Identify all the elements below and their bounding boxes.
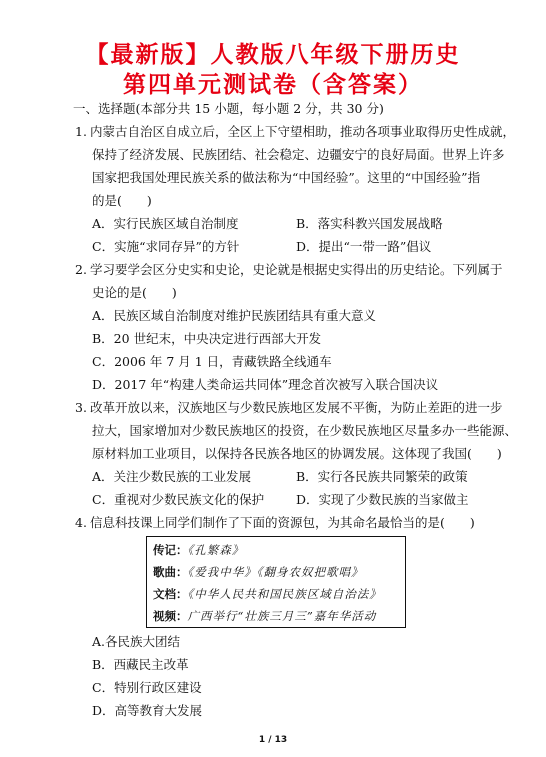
question-number: 3. [75, 400, 87, 416]
resource-label: 文档： [153, 587, 188, 601]
resource-label: 传记： [153, 543, 188, 557]
question-text: 国家把我国处理民族关系的做法称为“中国经验”。这里的“中国经验”指 [92, 170, 480, 186]
option-b: B．20 世纪末，中央决定进行西部大开发 [92, 331, 321, 347]
option-a: A．实行民族区域自治制度 [92, 216, 239, 232]
question-text: 改革开放以来，汉族地区与少数民族地区发展不平衡，为防止差距的进一步 [90, 400, 503, 416]
question-text: 保持了经济发展、民族团结、社会稳定、边疆安宁的良好局面。世界上许多 [92, 147, 505, 163]
question-number: 4. [75, 515, 87, 531]
document-title-line1: 【最新版】人教版八年级下册历史 [0, 36, 546, 69]
question-number: 1. [75, 124, 87, 140]
resource-row: 视频：广西举行“壮族三月三”嘉年华活动 [153, 608, 376, 624]
option-c: C．2006 年 7 月 1 日，青藏铁路全线通车 [92, 354, 332, 370]
resource-row: 歌曲：《爱我中华》《翻身农奴把歌唱》 [153, 564, 364, 580]
resource-value: 广西举行“壮族三月三”嘉年华活动 [188, 609, 377, 623]
question-number: 2. [75, 262, 87, 278]
question-text: 拉大，国家增加对少数民族地区的投资，在少数民族地区尽量多办一些能源、 [92, 423, 517, 439]
resource-label: 歌曲： [153, 565, 188, 579]
question-text: 信息科技课上同学们制作了下面的资源包，为其命名最恰当的是( ) [90, 515, 475, 531]
resource-value: 《孔繁森》 [188, 543, 245, 557]
option-d: D．提出“一带一路”倡议 [296, 239, 431, 255]
question-text: 史论的是( ) [92, 285, 177, 301]
question-text: 学习要学会区分史实和史论，史论就是根据史实得出的历史结论。下列属于 [90, 262, 503, 278]
question-text: 的是( ) [92, 193, 152, 209]
question-text: 内蒙古自治区自成立后，全区上下守望相助，推动各项事业取得历史性成就， [90, 124, 515, 140]
option-c: C．实施“求同存异”的方针 [92, 239, 239, 255]
option-d: D．2017 年“构建人类命运共同体”理念首次被写入联合国决议 [92, 377, 438, 393]
option-d: D．实现了少数民族的当家做主 [296, 492, 469, 508]
resource-row: 文档：《中华人民共和国民族区域自治法》 [153, 586, 382, 602]
option-b: B．实行各民族共同繁荣的政策 [296, 469, 468, 485]
page-number: 1 / 13 [0, 735, 546, 745]
option-c: C．特别行政区建设 [92, 680, 202, 696]
option-a: A．关注少数民族的工业发展 [92, 469, 251, 485]
resource-row: 传记：《孔繁森》 [153, 542, 244, 558]
option-b: B．西藏民主改革 [92, 657, 189, 673]
option-d: D．高等教育大发展 [92, 703, 202, 719]
question-text: 原材料加工业项目，以保持各民族各地区的协调发展。这体现了我国( ) [92, 446, 502, 462]
option-a: A．民族区域自治制度对维护民族团结具有重大意义 [92, 308, 376, 324]
resource-value: 《爱我中华》《翻身农奴把歌唱》 [188, 565, 364, 579]
option-c: C．重视对少数民族文化的保护 [92, 492, 264, 508]
option-a: A.各民族大团结 [92, 634, 180, 650]
resource-value: 《中华人民共和国民族区域自治法》 [188, 587, 382, 601]
option-b: B．落实科教兴国发展战略 [296, 216, 443, 232]
resource-label: 视频： [153, 609, 188, 623]
resource-package-box: 传记：《孔繁森》 歌曲：《爱我中华》《翻身农奴把歌唱》 文档：《中华人民共和国民… [146, 536, 406, 628]
document-title-line2: 第四单元测试卷（含答案） [0, 66, 546, 99]
section-heading: 一、选择题(本部分共 15 小题，每小题 2 分，共 30 分) [73, 101, 384, 117]
